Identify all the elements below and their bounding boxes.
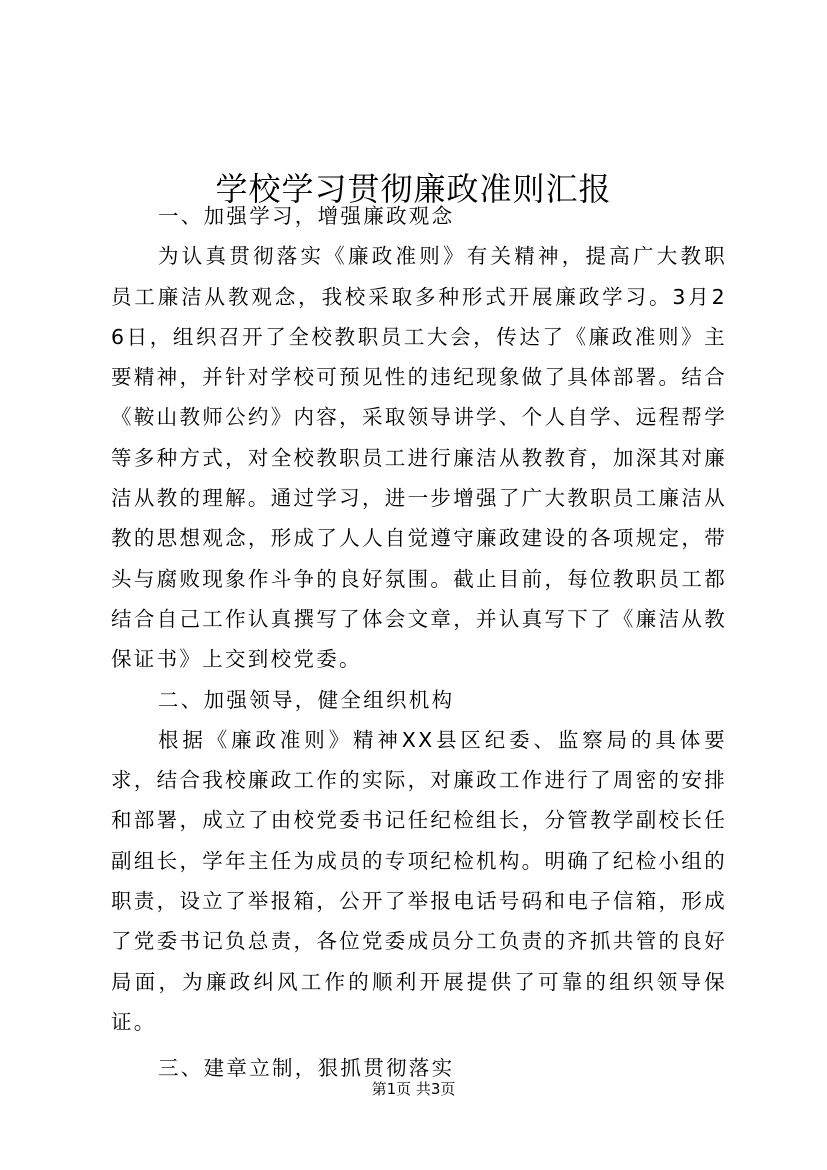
document-page: 学校学习贯彻廉政准则汇报 一、加强学习，增强廉政观念 为认真贯彻落实《廉政准则》…	[0, 0, 827, 1170]
section-heading-1: 一、加强学习，增强廉政观念	[111, 196, 727, 236]
section-heading-2: 二、加强领导，健全组织机构	[111, 680, 727, 720]
section-paragraph-2: 根据《廉政准则》精神XX县区纪委、监察局的具体要求，结合我校廉政工作的实际，对廉…	[111, 720, 727, 1042]
page-number-footer: 第1页 共3页	[0, 1078, 827, 1100]
section-paragraph-1: 为认真贯彻落实《廉政准则》有关精神，提高广大教职员工廉洁从教观念，我校采取多种形…	[111, 236, 727, 679]
document-body: 一、加强学习，增强廉政观念 为认真贯彻落实《廉政准则》有关精神，提高广大教职员工…	[111, 196, 727, 1089]
